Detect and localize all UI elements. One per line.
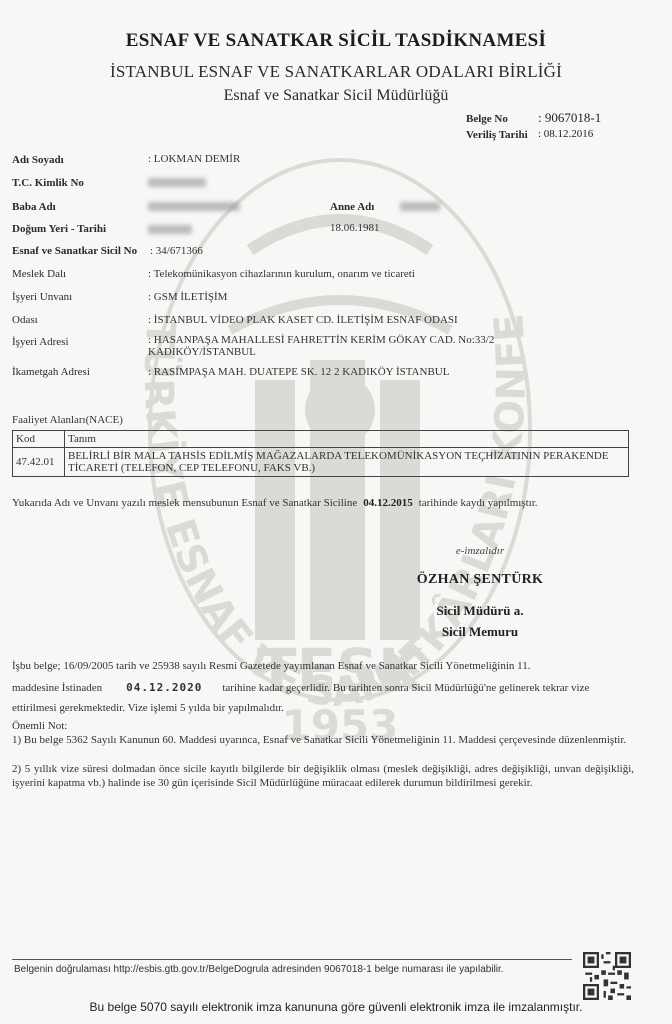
verilis-tarihi-value: : 08.12.2016 (538, 128, 593, 140)
organization-name: İSTANBUL ESNAF VE SANATKARLAR ODALARI Bİ… (0, 62, 672, 82)
signer-title-1: Sicil Müdürü a. (380, 603, 580, 619)
nace-kod: 47.42.01 (13, 448, 65, 477)
baba-adi-label: Baba Adı (12, 201, 56, 213)
dogum-yeri-value (148, 225, 192, 237)
adi-soyadi-value: : LOKMAN DEMİR (148, 153, 240, 165)
footer-divider (12, 959, 572, 960)
department-name: Esnaf ve Sanatkar Sicil Müdürlüğü (0, 87, 672, 105)
registration-statement: Yukarıda Adı ve Unvanı yazılı meslek men… (12, 497, 538, 509)
sicil-no-value: : 34/671366 (150, 245, 203, 257)
document-title: ESNAF VE SANATKAR SİCİL TASDİKNAMESİ (0, 30, 672, 52)
note-item-1: 1) Bu belge 5362 Sayılı Kanunun 60. Madd… (12, 733, 634, 747)
signer-name: ÖZHAN ŞENTÜRK (380, 572, 580, 588)
anne-adi-label: Anne Adı (330, 201, 374, 213)
qr-code-icon (583, 952, 631, 1000)
note-item-2: 2) 5 yıllık vize süresi dolmadan önce si… (12, 762, 634, 790)
belge-no-value: : 9067018-1 (538, 110, 601, 126)
e-signed-note: e-imzalıdır (380, 545, 580, 557)
registration-date: 04.12.2015 (363, 497, 413, 509)
esign-notice: Bu belge 5070 sayılı elektronik imza kan… (0, 1000, 672, 1014)
adi-soyadi-label: Adı Soyadı (12, 154, 64, 166)
tc-kimlik-no-label: T.C. Kimlik No (12, 177, 84, 189)
valid-until-date: 04.12.2020 (126, 681, 202, 694)
nace-table: Kod Tanım 47.42.01 BELİRLİ BİR MALA TAHS… (12, 430, 629, 477)
isyeri-adresi-label: İşyeri Adresi (12, 336, 69, 348)
validity-line-1: İşbu belge; 16/09/2005 tarih ve 25938 sa… (12, 659, 634, 673)
validity-line-2: maddesine İstinaden04.12.2020tarihine ka… (12, 681, 634, 695)
dogum-tarihi-value: 18.06.1981 (330, 222, 380, 234)
tesk-watermark: TESK 1953 TÜRKİYE ESNAF VE SANATKÂRLARI … (0, 0, 672, 1024)
isyeri-unvani-label: İşyeri Unvanı (12, 291, 72, 303)
belge-no-label: Belge No (466, 113, 508, 125)
isyeri-adresi-line1: : HASANPAŞA MAHALLESİ FAHRETTİN KERİM GÖ… (148, 334, 494, 346)
isyeri-unvani-value: : GSM İLETİŞİM (148, 291, 227, 303)
verilis-tarihi-label: Veriliş Tarihi (466, 129, 528, 141)
odasi-label: Odası (12, 314, 38, 326)
tc-kimlik-no-value (148, 178, 206, 190)
meslek-dali-value: : Telekomünikasyon cihazlarının kurulum,… (148, 268, 415, 280)
sicil-no-label: Esnaf ve Sanatkar Sicil No (12, 245, 137, 257)
dogum-yeri-tarihi-label: Doğum Yeri - Tarihi (12, 223, 106, 235)
nace-header-row: Kod Tanım (13, 431, 629, 448)
baba-adi-value (148, 202, 240, 214)
nace-caption: Faaliyet Alanları(NACE) (12, 414, 123, 426)
odasi-value: : İSTANBUL VİDEO PLAK KASET CD. İLETİŞİM… (148, 314, 458, 326)
signer-title-2: Sicil Memuru (380, 624, 580, 640)
ikametgah-adresi-value: : RASİMPAŞA MAH. DUATEPE SK. 12 2 KADIKÖ… (148, 366, 449, 378)
validity-line-3: ettirilmesi gerekmektedir. Vize işlemi 5… (12, 701, 634, 715)
verification-note: Belgenin doğrulaması http://esbis.gtb.go… (14, 964, 504, 975)
isyeri-adresi-line2: KADIKÖY/İSTANBUL (148, 346, 256, 358)
meslek-dali-label: Meslek Dalı (12, 268, 66, 280)
anne-adi-value (400, 202, 440, 214)
nace-header-tanim: Tanım (65, 431, 629, 448)
ikametgah-adresi-label: İkametgah Adresi (12, 366, 90, 378)
table-row: 47.42.01 BELİRLİ BİR MALA TAHSİS EDİLMİŞ… (13, 448, 629, 477)
notes-title: Önemli Not: (12, 719, 634, 733)
nace-header-kod: Kod (13, 431, 65, 448)
nace-tanim: BELİRLİ BİR MALA TAHSİS EDİLMİŞ MAĞAZALA… (65, 448, 629, 477)
